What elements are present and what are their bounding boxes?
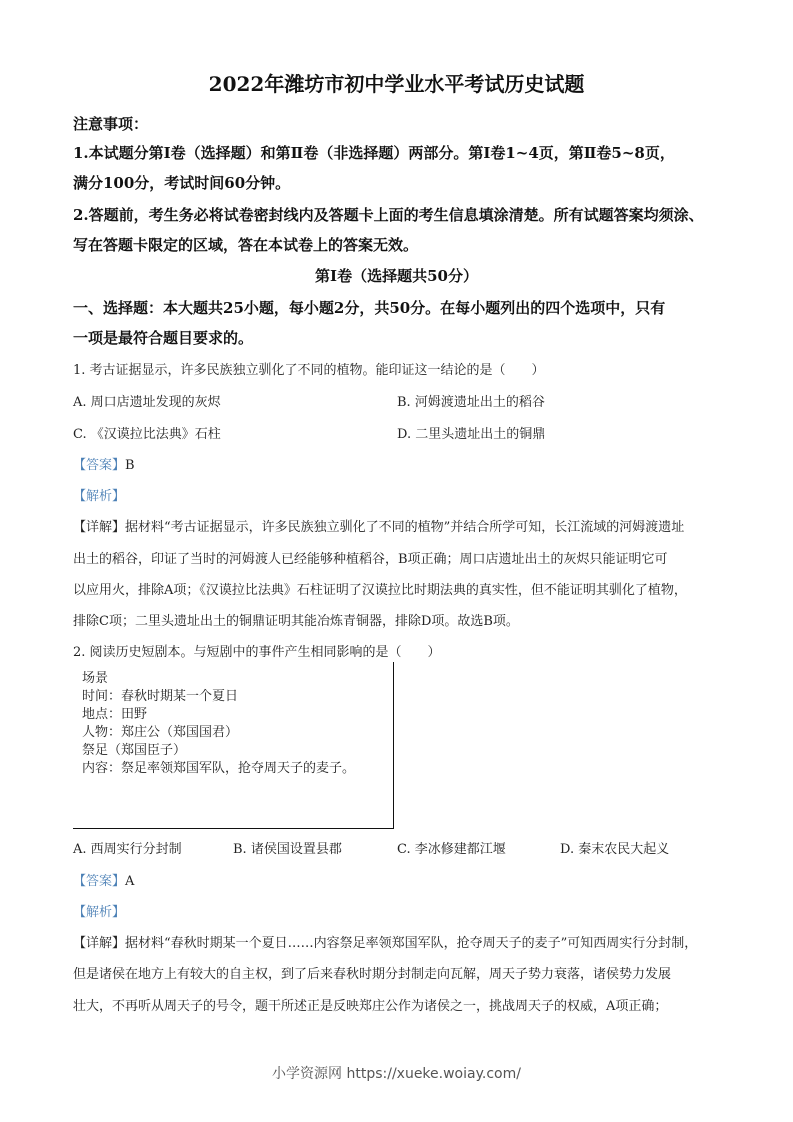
option-b: B. 河姆渡遗址出土的稻谷 bbox=[397, 391, 545, 410]
option-d: D. 秦末农民大起义 bbox=[560, 838, 669, 857]
notice-line: 满分100分，考试时间60分钟。 bbox=[73, 172, 290, 193]
notice-line: 2.答题前，考生务必将试卷密封线内及答题卡上面的考生信息填涂清楚。所有试题答案均… bbox=[73, 204, 704, 225]
scene-line: 内容：祭足率领郑国军队，抢夺周天子的麦子。 bbox=[82, 760, 355, 778]
detail-line: 但是诸侯在地方上有较大的自主权，到了后来春秋时期分封制走向瓦解，周天子势力衰落，… bbox=[73, 963, 671, 982]
analysis-label: 【解析】 bbox=[73, 485, 125, 504]
notice-line: 写在答题卡限定的区域，答在本试卷上的答案无效。 bbox=[73, 234, 418, 255]
scene-line: 地点：田野 bbox=[82, 706, 355, 724]
notice-line: 1.本试题分第Ⅰ卷（选择题）和第Ⅱ卷（非选择题）两部分。第Ⅰ卷1~4页，第Ⅱ卷5… bbox=[73, 142, 675, 163]
detail-line: 出土的稻谷，印证了当时的河姆渡人已经能够种植稻谷，B项正确；周口店遗址出土的灰烬… bbox=[73, 548, 668, 567]
answer-row: 【答案】B bbox=[73, 454, 135, 473]
scene-script: 场景 时间：春秋时期某一个夏日 地点：田野 人物：郑庄公（郑国国君） 祭足（郑国… bbox=[82, 670, 355, 778]
answer-label: 【答案】 bbox=[73, 458, 125, 473]
option-a: A. 西周实行分封制 bbox=[73, 838, 182, 857]
option-b: B. 诸侯国设置县郡 bbox=[233, 838, 342, 857]
detail-line: 【详解】据材料“考古证据显示，许多民族独立驯化了不同的植物”并结合所学可知，长江… bbox=[73, 516, 684, 535]
answer-value: B bbox=[125, 458, 135, 473]
option-c: C. 《汉谟拉比法典》石柱 bbox=[73, 423, 221, 442]
question-stem: 2. 阅读历史短剧本。与短剧中的事件产生相同影响的是（ ） bbox=[73, 641, 441, 660]
page-title: 2022年潍坊市初中学业水平考试历史试题 bbox=[0, 68, 793, 97]
answer-row: 【答案】A bbox=[73, 870, 134, 889]
option-a: A. 周口店遗址发现的灰烬 bbox=[73, 391, 221, 410]
scene-line: 时间：春秋时期某一个夏日 bbox=[82, 688, 355, 706]
question-stem: 1. 考古证据显示，许多民族独立驯化了不同的植物。能印证这一结论的是（ ） bbox=[73, 359, 545, 378]
detail-line: 排除C项；二里头遗址出土的铜鼎证明其能冶炼青铜器，排除D项。故选B项。 bbox=[73, 610, 519, 629]
option-d: D. 二里头遗址出土的铜鼎 bbox=[397, 423, 545, 442]
scene-line: 人物：郑庄公（郑国国君） bbox=[82, 724, 355, 742]
answer-value: A bbox=[125, 874, 134, 889]
section-instructions: 一项是最符合题目要求的。 bbox=[73, 327, 253, 348]
analysis-label: 【解析】 bbox=[73, 901, 125, 920]
scene-line: 场景 bbox=[82, 670, 355, 688]
option-c: C. 李冰修建都江堰 bbox=[397, 838, 506, 857]
footer-watermark: 小学资源网 https://xueke.woiay.com/ bbox=[0, 1063, 793, 1083]
detail-line: 【详解】据材料“春秋时期某一个夏日……内容祭足率领郑国军队，抢夺周天子的麦子”可… bbox=[73, 932, 697, 951]
section-instructions: 一、选择题：本大题共25小题，每小题2分，共50分。在每小题列出的四个选项中，只… bbox=[73, 297, 665, 318]
section-title: 第Ⅰ卷（选择题共50分） bbox=[0, 265, 793, 286]
scene-line: 祭足（郑国臣子） bbox=[82, 742, 355, 760]
notice-heading: 注意事项： bbox=[73, 113, 148, 134]
answer-label: 【答案】 bbox=[73, 874, 125, 889]
detail-line: 壮大，不再听从周天子的号令，题干所述正是反映郑庄公作为诸侯之一，挑战周天子的权威… bbox=[73, 995, 667, 1014]
detail-line: 以应用火，排除A项；《汉谟拉比法典》石柱证明了汉谟拉比时期法典的真实性，但不能证… bbox=[73, 579, 687, 598]
